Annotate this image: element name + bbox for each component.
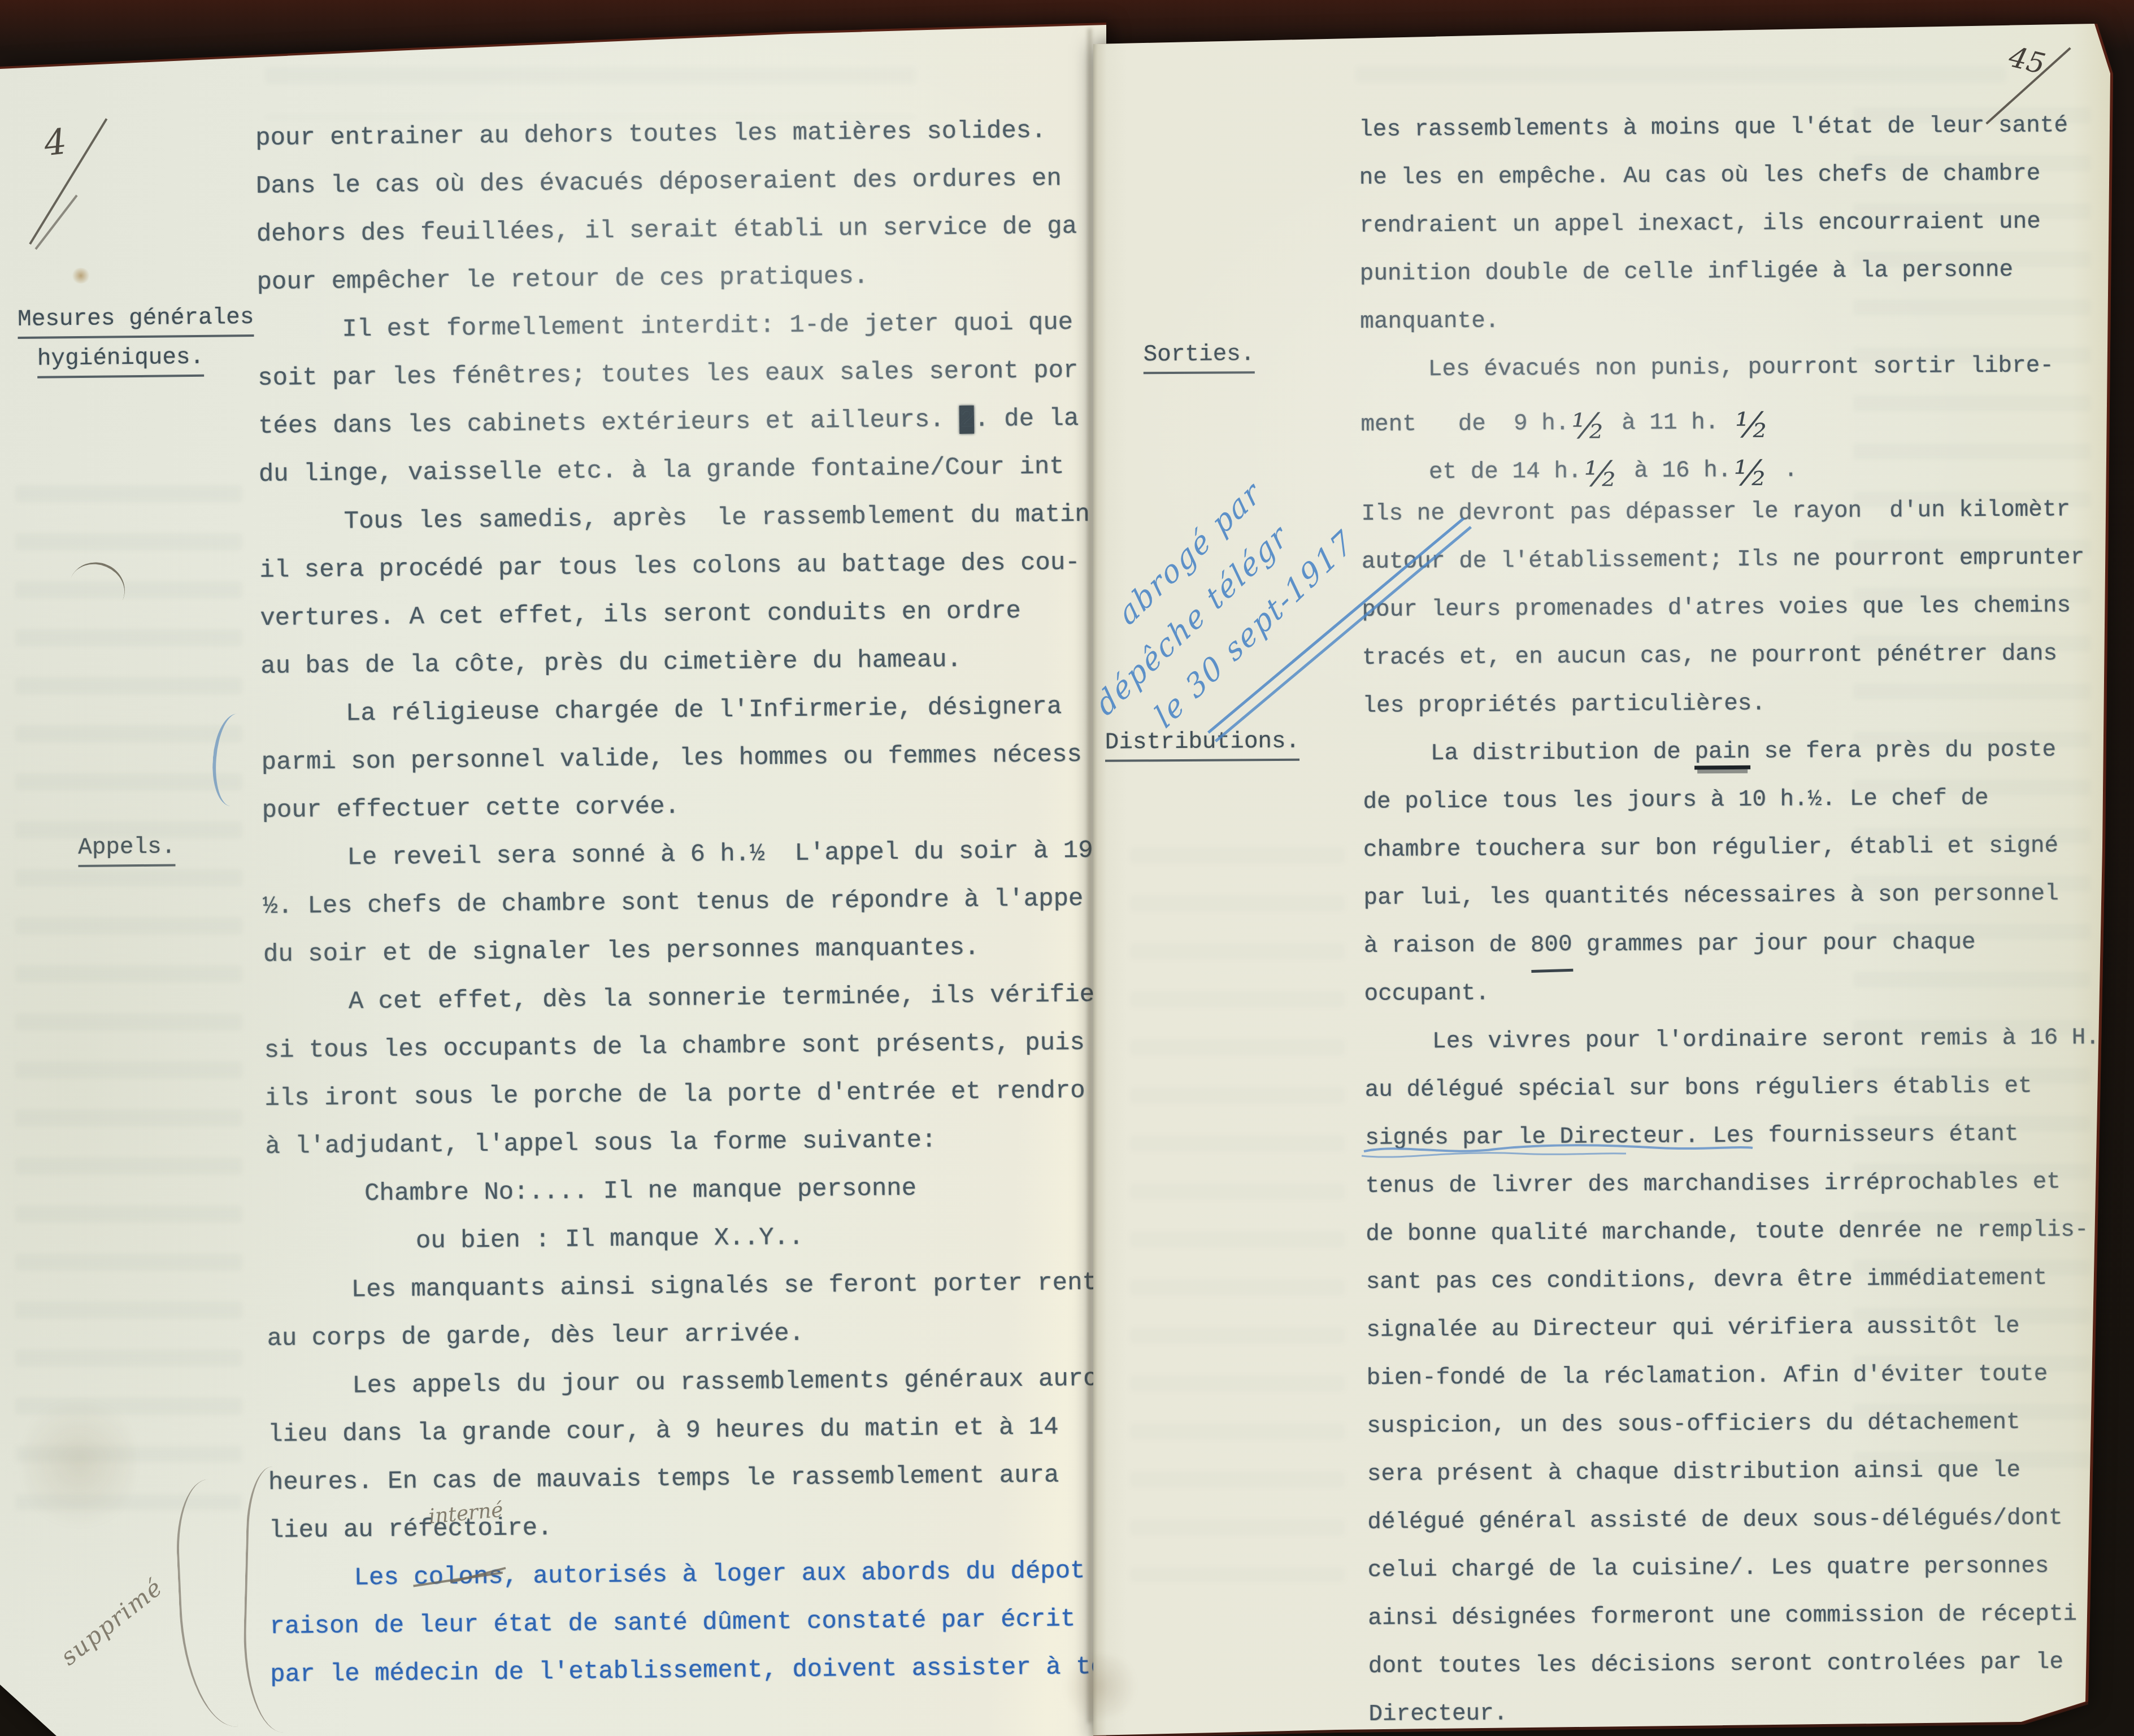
- typed-line: vertures. A cet effet, ils seront condui…: [260, 586, 1119, 643]
- handwritten-fraction: ½: [1735, 404, 1770, 446]
- typed-line: au corps de garde, dès leur arrivée.: [267, 1307, 1126, 1363]
- typed-line: du linge, vaisselle etc. à la grande fon…: [258, 442, 1118, 499]
- typed-line: de police tous les jours à 10 h.½. Le ch…: [1363, 774, 2126, 826]
- left-page-body: pour entrainer au dehors toutes les mati…: [255, 106, 1129, 1699]
- typed-line: sant pas ces conditions, devra être immé…: [1366, 1254, 2128, 1307]
- typed-line: pour entrainer au dehors toutes les mati…: [255, 106, 1115, 163]
- typed-line: pour effectuer cette corvée.: [262, 778, 1121, 835]
- typed-line-blue: Les colons, autorisés à loger aux abords…: [269, 1547, 1128, 1603]
- typed-line: à l'adjudant, l'appel sous la forme suiv…: [265, 1115, 1124, 1171]
- typed-line: soit par les fénêtres; toutes les eaux s…: [258, 346, 1117, 403]
- pencil-note-supprime: supprimé: [55, 1573, 168, 1670]
- typed-line: manquante.: [1360, 294, 2123, 346]
- underlined-number-800: 800: [1530, 921, 1574, 973]
- right-page: Sorties. Distributions. les rassemblemen…: [1093, 0, 2113, 1736]
- right-page-wrap: Sorties. Distributions. les rassemblemen…: [1093, 0, 2113, 1736]
- margin-note-sorties: Sorties.: [1143, 341, 1254, 374]
- typed-line: Tous les samedis, après le rassemblement…: [259, 490, 1118, 547]
- gutter-crease: [1088, 28, 1092, 1723]
- handwritten-fraction: ½: [1584, 453, 1618, 494]
- typed-line: au bas de la côte, près du cimetière du …: [260, 634, 1120, 691]
- typed-line: Il est formellement interdit: 1-de jeter…: [257, 298, 1116, 355]
- typed-line: La réligieuse chargée de l'Infirmerie, d…: [261, 682, 1120, 739]
- typed-line: punition double de celle infligée à la p…: [1359, 246, 2122, 298]
- page-number-left: 4: [42, 120, 69, 164]
- typed-line: délégué général assisté de deux sous-dél…: [1367, 1494, 2130, 1547]
- handwritten-fraction: ½: [1733, 453, 1768, 494]
- typed-line: tracés et, en aucun cas, ne pourront pén…: [1362, 630, 2125, 682]
- typed-line: lieu au réfectoire.: [268, 1499, 1128, 1555]
- pen-slash-mark: [29, 118, 107, 245]
- right-page-body: les rassemblements à moins que l'état de…: [1359, 102, 2132, 1736]
- typed-line: A cet effet, dès la sonnerie terminée, i…: [263, 971, 1123, 1027]
- typed-line: pour leurs promenades d'atres voies que …: [1362, 582, 2124, 634]
- typed-line: tenus de livrer des marchandises irrépro…: [1365, 1158, 2128, 1211]
- typed-line: au délégué spécial sur bons réguliers ét…: [1364, 1062, 2127, 1115]
- pencil-squiggle: [69, 554, 133, 603]
- typed-line: ment de 9 h.½ à 11 h. ½: [1361, 390, 2123, 442]
- typed-line: bien-fondé de la réclamation. Afin d'évi…: [1366, 1350, 2129, 1403]
- typed-line: celui chargé de la cuisine/. Les quatre …: [1368, 1542, 2131, 1595]
- typed-line: signalée au Directeur qui vérifiera auss…: [1366, 1302, 2129, 1355]
- blue-paren-mark: [209, 712, 246, 807]
- typed-line: ainsi désignées formeront une commission…: [1368, 1590, 2131, 1643]
- underlined-word-pain: pain: [1694, 739, 1750, 770]
- blue-pencil-underline: [1361, 1139, 1756, 1161]
- typed-line: il sera procédé par tous les colons au b…: [259, 538, 1119, 595]
- typed-line: Chambre No:.... Il ne manque personne: [266, 1163, 1125, 1219]
- typed-line: autour de l'établissement; Ils ne pourro…: [1362, 534, 2124, 586]
- typed-line: de bonne qualité marchande, toute denrée…: [1366, 1206, 2128, 1259]
- typed-line: les rassemblements à moins que l'état de…: [1359, 102, 2122, 154]
- typed-line: ne les en empêche. Au cas où les chefs d…: [1359, 150, 2122, 202]
- margin-note-appels: Appels.: [78, 833, 176, 867]
- handwritten-fraction: ½: [1571, 405, 1606, 446]
- typed-line: occupant.: [1364, 966, 2127, 1019]
- typed-line-blue: par le médecin de l'etablissement, doive…: [270, 1643, 1129, 1699]
- typed-line: Les évacués non punis, pourront sortir l…: [1361, 342, 2123, 394]
- right-page-text-layer: Sorties. Distributions. les rassemblemen…: [1093, 0, 2123, 1736]
- left-page-wrap: 4 Mesures générales hygiéniques. Appels.…: [0, 0, 1106, 1736]
- typed-line: Directeur.: [1368, 1686, 2131, 1736]
- typed-line: chambre touchera sur bon régulier, établ…: [1363, 822, 2126, 874]
- typed-line: suspicion, un des sous-officiers du déta…: [1367, 1398, 2129, 1451]
- typed-line: La distribution de pain se fera près du …: [1363, 726, 2126, 778]
- typed-line: dont toutes les décisions seront control…: [1368, 1638, 2131, 1691]
- typed-line: Les vivres pour l'ordinaire seront remis…: [1364, 1014, 2127, 1067]
- typed-line: à raison de 800 grammes par jour pour ch…: [1364, 918, 2127, 971]
- archival-document-photo: { "page_marks": { "left": "4", "right": …: [0, 0, 2134, 1736]
- typed-line: tées dans les cabinets extérieurs et ail…: [258, 394, 1118, 451]
- typed-line: si tous les occupants de la chambre sont…: [264, 1019, 1123, 1075]
- typed-line-blue: raison de leur état de santé dûment cons…: [270, 1595, 1129, 1651]
- typed-line: ½. Les chefs de chambre sont tenus de ré…: [263, 874, 1122, 931]
- typed-line: Dans le cas où des évacués déposeraient …: [256, 154, 1115, 211]
- typed-line: lieu dans la grande cour, à 9 heures du …: [268, 1403, 1127, 1459]
- left-page: 4 Mesures générales hygiéniques. Appels.…: [0, 0, 1106, 1736]
- typed-line: Les manquants ainsi signalés se feront p…: [266, 1259, 1125, 1315]
- margin-note-mesures: Mesures générales: [18, 304, 254, 339]
- typed-line: parmi son personnel valide, les hommes o…: [261, 730, 1120, 787]
- typed-line: Le reveil sera sonné à 6 h.½ L'appel du …: [262, 826, 1122, 883]
- typed-line: du soir et de signaler les personnes man…: [263, 923, 1123, 979]
- overstruck-character: 2: [959, 406, 975, 434]
- typed-line: Les appels du jour ou rassemblements gén…: [267, 1355, 1127, 1411]
- typed-line: heures. En cas de mauvais temps le rasse…: [268, 1451, 1128, 1507]
- typed-line: ou bien : Il manque X..Y..: [266, 1211, 1125, 1267]
- typed-line: rendraient un appel inexact, ils encourr…: [1359, 198, 2122, 250]
- typed-line: dehors des feuillées, il serait établi u…: [256, 202, 1115, 259]
- typed-line: ils iront sous le porche de la porte d'e…: [264, 1067, 1124, 1123]
- typed-line: par lui, les quantités nécessaires à son…: [1363, 870, 2126, 923]
- typed-line: pour empêcher le retour de ces pratiques…: [257, 250, 1116, 307]
- margin-note-hygieniques: hygiéniques.: [37, 344, 205, 378]
- struck-word: colons: [414, 1563, 503, 1592]
- typed-line: sera présent à chaque distribution ainsi…: [1367, 1446, 2129, 1499]
- left-page-text-layer: 4 Mesures générales hygiéniques. Appels.…: [0, 0, 1122, 1736]
- typed-line: les propriétés particulières.: [1362, 678, 2125, 730]
- pencil-brace: [173, 1478, 237, 1729]
